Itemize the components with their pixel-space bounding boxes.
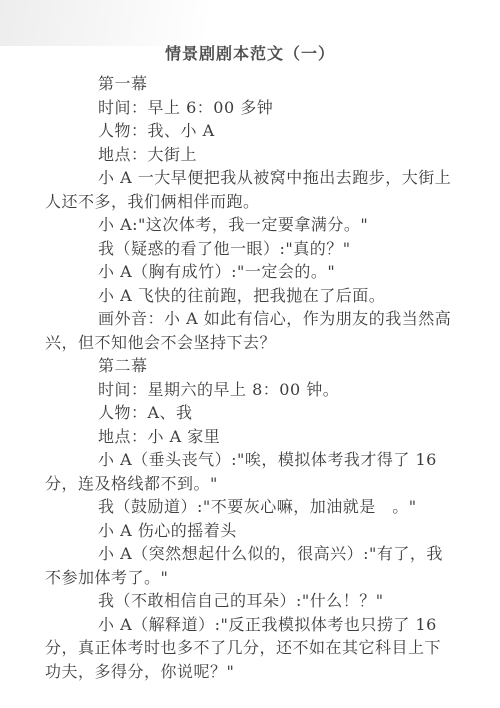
paragraph: 小 A 飞快的往前跑，把我抛在了后面。 [45,284,456,308]
paragraph: 人物：A、我 [45,401,456,425]
paragraph: 小 A（垂头丧气）:"唉，模拟体考我才得了 16 分，连及格线都不到。" [45,448,456,495]
paragraph: 我（不敢相信自己的耳朵）:"什么！？" [45,589,456,613]
paragraph: 第二幕 [45,354,456,378]
paragraph: 地点：大街上 [45,143,456,167]
paragraph: 画外音：小 A 如此有信心，作为朋友的我当然高兴，但不知他会不会坚持下去？ [45,307,456,354]
paragraph: 我（鼓励道）:"不要灰心嘛，加油就是 。" [45,495,456,519]
document-page: 情景剧剧本范文（一） 第一幕时间：早上 6：00 多钟人物：我、小 A地点：大街… [0,0,500,708]
paragraph: 小 A:"这次体考，我一定要拿满分。" [45,213,456,237]
paragraph: 小 A 伤心的摇着头 [45,519,456,543]
paragraph: 小 A 一大早便把我从被窝中拖出去跑步，大街上人还不多，我们俩相伴而跑。 [45,166,456,213]
paragraph: 小 A（突然想起什么似的，很高兴）:"有了，我不参加体考了。" [45,542,456,589]
paragraph: 时间：星期六的早上 8：00 钟。 [45,378,456,402]
paragraph: 我（疑惑的看了他一眼）:"真的？" [45,237,456,261]
paragraph: 小 A（胸有成竹）:"一定会的。" [45,260,456,284]
paragraph: 小 A（解释道）:"反正我模拟体考也只捞了 16 分，真正体考时也多不了几分，还… [45,613,456,684]
page-title: 情景剧剧本范文（一） [0,0,500,64]
document-body: 第一幕时间：早上 6：00 多钟人物：我、小 A地点：大街上小 A 一大早便把我… [0,72,500,683]
paragraph: 地点：小 A 家里 [45,425,456,449]
paragraph: 人物：我、小 A [45,119,456,143]
paragraph: 时间：早上 6：00 多钟 [45,96,456,120]
paragraph: 第一幕 [45,72,456,96]
